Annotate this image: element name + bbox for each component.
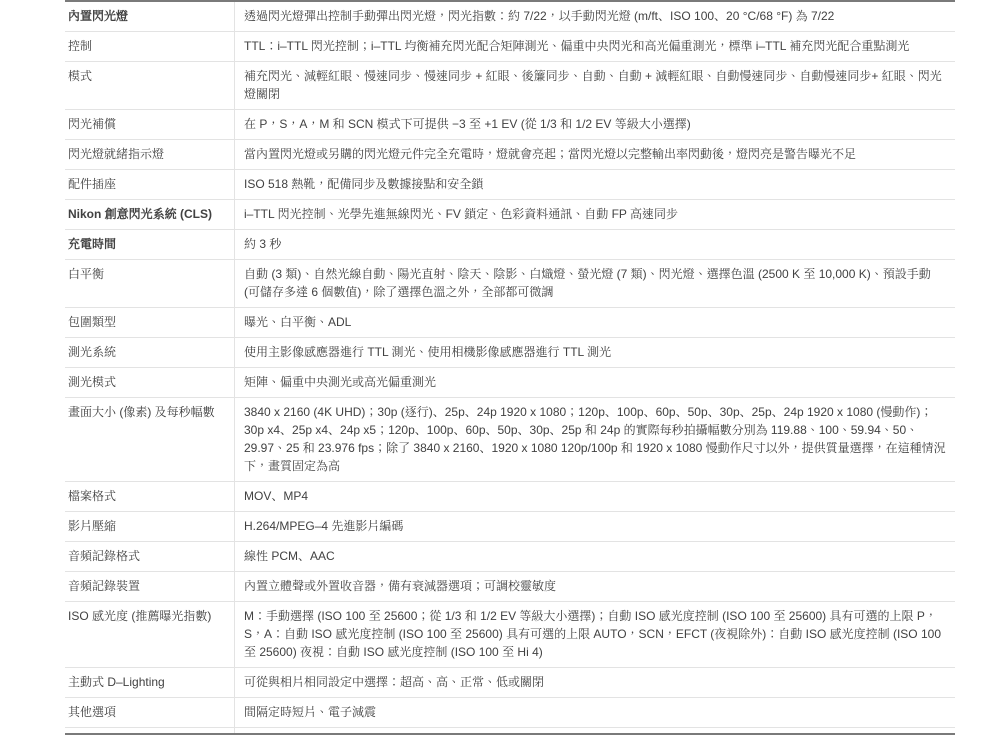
spec-label-cell: 模式: [65, 62, 235, 109]
spec-value-cell: TTL：i–TTL 閃光控制；i–TTL 均衡補充閃光配合矩陣測光、偏重中央閃光…: [235, 32, 955, 61]
spec-value-cell: 當內置閃光燈或另購的閃光燈元件完全充電時，燈就會亮起；當閃光燈以完整輸出率閃動後…: [235, 140, 955, 169]
spec-row: 測光系統 使用主影像感應器進行 TTL 測光、使用相機影像感應器進行 TTL 測…: [65, 338, 955, 368]
spec-row: ISO 感光度 (推薦曝光指數) M：手動選擇 (ISO 100 至 25600…: [65, 602, 955, 653]
spec-row: 畫面大小 (像素) 及每秒幅數 3840 x 2160 (4K UHD)；30p…: [65, 398, 955, 482]
spec-row: 包圍類型 曝光、白平衡、ADL: [65, 308, 955, 338]
spec-label-cell: 配件插座: [65, 170, 235, 199]
spec-label-cell: 內置閃光燈: [65, 2, 235, 31]
spec-row: 檔案格式 MOV、MP4: [65, 482, 955, 512]
spec-label-cell: 畫面大小 (像素) 及每秒幅數: [65, 398, 235, 481]
spec-value-cell: 曝光、白平衡、ADL: [235, 308, 955, 337]
spec-row: 測光模式 矩陣、偏重中央測光或高光偏重測光: [65, 368, 955, 398]
spec-label-cell: 音頻記錄裝置: [65, 572, 235, 601]
spec-value-cell: 3840 x 2160 (4K UHD)；30p (逐行)、25p、24p 19…: [235, 398, 955, 481]
spec-table-rows: 內置閃光燈 透過閃光燈彈出控制手動彈出閃光燈，閃光指數：約 7/22，以手動閃光…: [65, 2, 955, 653]
spec-row: 模式 補充閃光、減輕紅眼、慢速同步、慢速同步 + 紅眼、後簾同步、自動、自動 +…: [65, 62, 955, 110]
spec-label-cell: 包圍類型: [65, 308, 235, 337]
spec-label-cell: 控制: [65, 32, 235, 61]
spec-label-cell: 測光系統: [65, 338, 235, 367]
spec-label-cell: 影片壓縮: [65, 512, 235, 541]
spec-label-cell: 音頻記錄格式: [65, 542, 235, 571]
spec-value-cell: 內置立體聲或外置收音器，備有衰減器選項；可調校靈敏度: [235, 572, 955, 601]
spec-label-cell: 白平衡: [65, 260, 235, 307]
spec-value-cell: MOV、MP4: [235, 482, 955, 511]
spec-row: 影片壓縮 H.264/MPEG–4 先進影片編碼: [65, 512, 955, 542]
spec-row: 閃光燈就緒指示燈 當內置閃光燈或另購的閃光燈元件完全充電時，燈就會亮起；當閃光燈…: [65, 140, 955, 170]
spec-table: 內置閃光燈 透過閃光燈彈出控制手動彈出閃光燈，閃光指數：約 7/22，以手動閃光…: [65, 0, 955, 653]
spec-row: 白平衡 自動 (3 類)、自然光線自動、陽光直射、陰天、陰影、白熾燈、螢光燈 (…: [65, 260, 955, 308]
spec-label-cell: 充電時間: [65, 230, 235, 259]
spec-label-cell: 閃光補償: [65, 110, 235, 139]
spec-row: 閃光補償 在 P，S，A，M 和 SCN 模式下可提供 −3 至 +1 EV (…: [65, 110, 955, 140]
spec-label-cell: Nikon 創意閃光系統 (CLS): [65, 200, 235, 229]
spec-value-cell: 使用主影像感應器進行 TTL 測光、使用相機影像感應器進行 TTL 測光: [235, 338, 955, 367]
spec-label-cell: 測光模式: [65, 368, 235, 397]
spec-value-cell: ISO 518 熱靴，配備同步及數據接點和安全鎖: [235, 170, 955, 199]
spec-row: 音頻記錄裝置 內置立體聲或外置收音器，備有衰減器選項；可調校靈敏度: [65, 572, 955, 602]
spec-value-cell: 約 3 秒: [235, 230, 955, 259]
spec-value-cell: 透過閃光燈彈出控制手動彈出閃光燈，閃光指數：約 7/22，以手動閃光燈 (m/f…: [235, 2, 955, 31]
spec-row: Nikon 創意閃光系統 (CLS) i–TTL 閃光控制、光學先進無線閃光、F…: [65, 200, 955, 230]
spec-value-cell: 線性 PCM、AAC: [235, 542, 955, 571]
spec-row: 配件插座 ISO 518 熱靴，配備同步及數據接點和安全鎖: [65, 170, 955, 200]
spec-label-cell: 閃光燈就緒指示燈: [65, 140, 235, 169]
spec-label-cell: 檔案格式: [65, 482, 235, 511]
spec-label-cell: ISO 感光度 (推薦曝光指數): [65, 602, 235, 653]
spec-row: 控制 TTL：i–TTL 閃光控制；i–TTL 均衡補充閃光配合矩陣測光、偏重中…: [65, 32, 955, 62]
spec-value-cell: H.264/MPEG–4 先進影片編碼: [235, 512, 955, 541]
spec-row: 充電時間 約 3 秒: [65, 230, 955, 260]
spec-row: 內置閃光燈 透過閃光燈彈出控制手動彈出閃光燈，閃光指數：約 7/22，以手動閃光…: [65, 2, 955, 32]
spec-row: 音頻記錄格式 線性 PCM、AAC: [65, 542, 955, 572]
spec-value-cell: 在 P，S，A，M 和 SCN 模式下可提供 −3 至 +1 EV (從 1/3…: [235, 110, 955, 139]
spec-value-cell: 矩陣、偏重中央測光或高光偏重測光: [235, 368, 955, 397]
spec-value-cell: 補充閃光、減輕紅眼、慢速同步、慢速同步 + 紅眼、後簾同步、自動、自動 + 減輕…: [235, 62, 955, 109]
spec-value-cell: i–TTL 閃光控制、光學先進無線閃光、FV 鎖定、色彩資料通訊、自動 FP 高…: [235, 200, 955, 229]
spec-value-cell: M：手動選擇 (ISO 100 至 25600；從 1/3 和 1/2 EV 等…: [235, 602, 955, 653]
spec-value-cell: 自動 (3 類)、自然光線自動、陽光直射、陰天、陰影、白熾燈、螢光燈 (7 類)…: [235, 260, 955, 307]
